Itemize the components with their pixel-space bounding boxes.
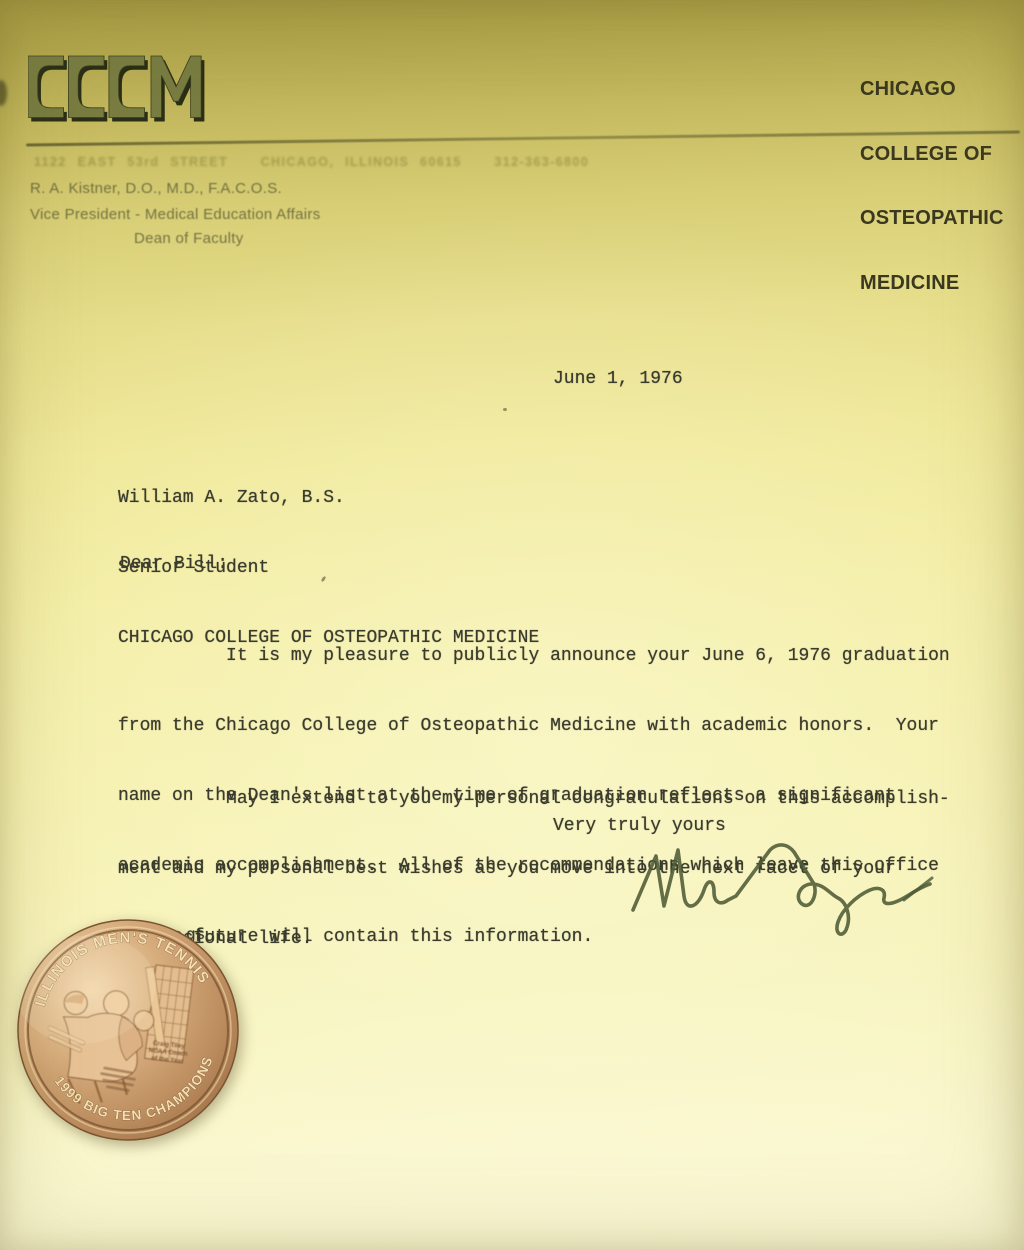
signature: [618, 838, 938, 943]
org-name-line: OSTEOPATHIC: [860, 208, 1004, 230]
recipient-line: William A. Zato, B.S.: [118, 487, 539, 510]
letterhead-address: 1122 EAST 53rd STREET CHICAGO, ILLINOIS …: [34, 155, 589, 169]
officer-title-2: Dean of Faculty: [134, 230, 244, 247]
org-name-line: COLLEGE OF: [860, 144, 1004, 166]
org-name-block: CHICAGO COLLEGE OF OSTEOPATHIC MEDICINE: [860, 36, 1004, 337]
medal-engraving-right: Craig Tiley NCAA Coach of the Year: [148, 1039, 189, 1065]
ccom-logo-icon: [28, 54, 206, 126]
scanned-letter: 1122 EAST 53rd STREET CHICAGO, ILLINOIS …: [0, 0, 1024, 1250]
letter-date: June 1, 1976: [553, 368, 683, 391]
scan-edge-smudge: [0, 80, 7, 106]
body-line: May I extend to you my personal congratu…: [118, 788, 950, 811]
closing: Very truly yours: [553, 815, 726, 838]
ink-speck: [503, 408, 507, 411]
officer-name: R. A. Kistner, D.O., M.D., F.A.C.O.S.: [30, 180, 282, 197]
org-name-line: MEDICINE: [860, 273, 1004, 295]
org-name-line: CHICAGO: [860, 79, 1004, 101]
salutation: Dear Bill:: [120, 553, 228, 576]
body-line: It is my pleasure to publicly announce y…: [118, 645, 950, 668]
tennis-medal: ILLINOIS MEN'S TENNIS 1999 BIG TEN CHAMP…: [14, 916, 242, 1144]
officer-title-1: Vice President - Medical Education Affai…: [30, 206, 321, 223]
body-line: from the Chicago College of Osteopathic …: [118, 715, 950, 738]
